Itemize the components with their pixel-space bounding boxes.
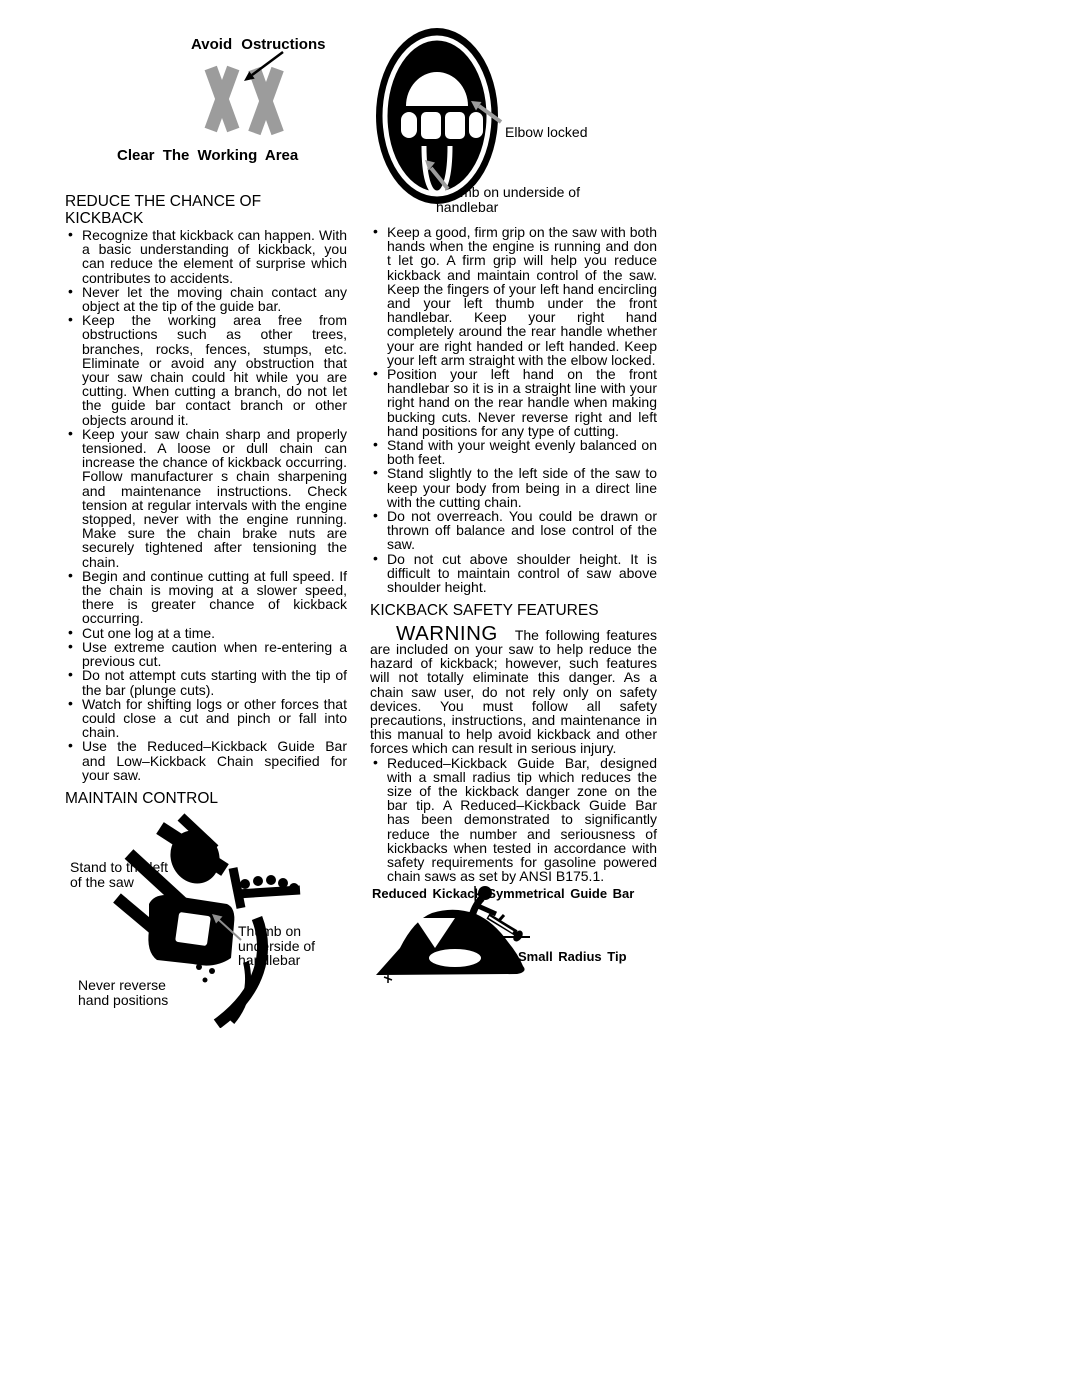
right-column: Elbow locked Thumb on underside of handl… — [370, 0, 657, 1040]
operator-sawing-illustration — [65, 812, 347, 1028]
bullet-item: Never let the moving chain contact any o… — [65, 285, 347, 313]
manual-page: Avoid Ostructions Clear The Working Area… — [0, 0, 1080, 1397]
bullet-item: Begin and continue cutting at full speed… — [65, 569, 347, 626]
clear-working-area-caption: Clear The Working Area — [117, 147, 298, 164]
bullet-item: Do not cut above shoulder height. It is … — [370, 552, 657, 595]
bullet-item: Stand slightly to the left side of the s… — [370, 466, 657, 509]
warning-text: The following features are included on y… — [370, 627, 657, 757]
bullet-item: Watch for shifting logs or other forces … — [65, 697, 347, 740]
elbow-locked-label: Elbow locked — [505, 125, 588, 140]
left-column: Avoid Ostructions Clear The Working Area… — [65, 36, 347, 1036]
bullet-item: Cut one log at a time. — [65, 626, 347, 640]
bullet-item: Keep your saw chain sharp and properly t… — [65, 427, 347, 569]
bullet-item: Keep the working area free from obstruct… — [65, 313, 347, 427]
bullet-item: Use the Reduced–Kickback Guide Bar and L… — [65, 739, 347, 782]
maintain-control-heading: MAINTAIN CONTROL — [65, 791, 347, 808]
avoid-obstructions-figure — [195, 50, 290, 145]
reduce-kickback-heading: REDUCE THE CHANCE OF KICKBACK — [65, 194, 261, 227]
reduce-kickback-list: Recognize that kickback can happen. With… — [65, 228, 347, 782]
guide-bar-illustration — [370, 886, 655, 1001]
bullet-item: Do not overreach. You could be drawn or … — [370, 509, 657, 552]
bullet-item: Stand with your weight evenly balanced o… — [370, 438, 657, 466]
bullet-item: Use extreme caution when re-entering a p… — [65, 640, 347, 668]
maintain-control-list: Keep a good, firm grip on the saw with b… — [370, 225, 657, 594]
warning-paragraph: WARNINGThe following features are includ… — [370, 627, 657, 756]
bullet-item: Keep a good, firm grip on the saw with b… — [370, 225, 657, 367]
bullet-item: Position your left hand on the front han… — [370, 367, 657, 438]
maintain-control-figure: Stand to the left of the saw Thumb on un… — [65, 812, 347, 1028]
x-marks-icon — [205, 66, 284, 135]
guide-bar-figure: Reduced Kickack Symmetrical Guide Bar Sm… — [370, 886, 657, 1001]
kickback-safety-features-heading: KICKBACK SAFETY FEATURES — [370, 603, 657, 620]
hand-grip-figure — [373, 26, 513, 208]
bullet-item: Recognize that kickback can happen. With… — [65, 228, 347, 285]
right-text-flow: Keep a good, firm grip on the saw with b… — [370, 225, 657, 1001]
left-text-flow: Recognize that kickback can happen. With… — [65, 228, 347, 1028]
bullet-item: Reduced–Kickback Guide Bar, designed wit… — [370, 756, 657, 884]
bullet-item: Do not attempt cuts starting with the ti… — [65, 668, 347, 696]
safety-features-list: Reduced–Kickback Guide Bar, designed wit… — [370, 756, 657, 884]
